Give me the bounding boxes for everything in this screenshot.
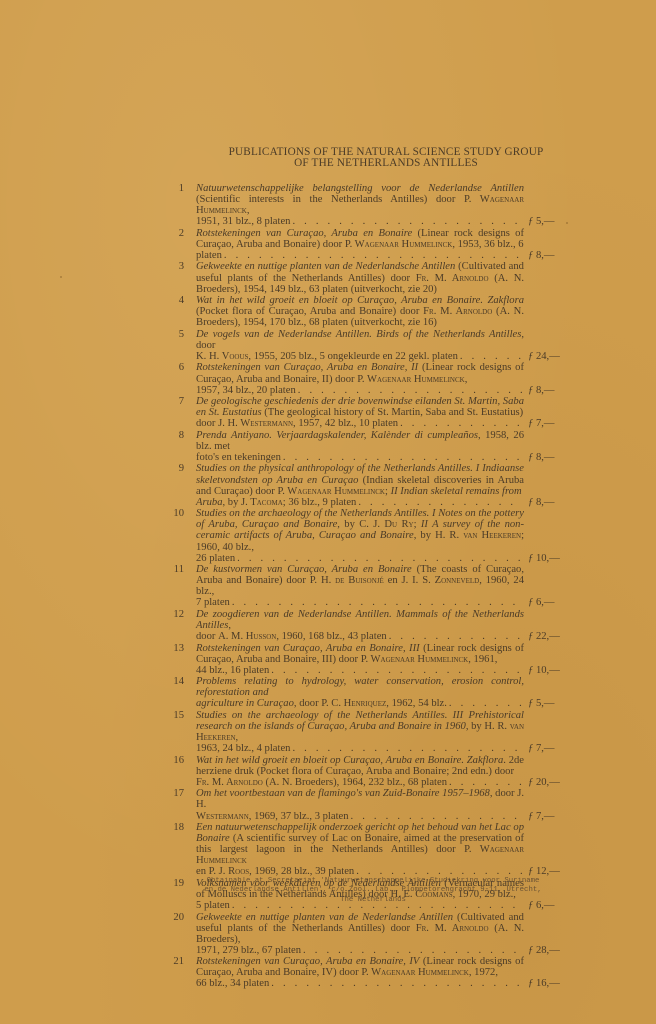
entry-title: Rotstekeningen van Curaçao, Aruba en Bon… (196, 643, 420, 654)
entry-author: C. J. Du Ry (359, 519, 413, 530)
entry-author: P. Wagenaar Hummelinck (357, 374, 465, 385)
currency-symbol: ƒ (528, 698, 536, 709)
entry-text: door (196, 418, 218, 429)
entry-title: II Indian skeletal remains from (391, 486, 522, 497)
entry-last-line: 26 platen (196, 553, 524, 564)
price-value: 20,— (536, 777, 560, 788)
entry-text: en (196, 866, 209, 877)
entry-author: P. Wagenaar Hummelinck (345, 239, 453, 250)
entry-title: De kustvormen van Curaçao, Aruba en Bona… (196, 564, 412, 575)
entry-number: 12 (170, 609, 184, 620)
entry-last-line: Aruba, by J. Tacoma; 36 blz., 9 platen (196, 497, 524, 508)
entry-last-line: 1951, 31 blz., 8 platen (196, 216, 524, 227)
dot-leader (460, 351, 522, 362)
entry-text: ; (414, 519, 421, 530)
entry-number: 15 (170, 710, 184, 721)
dot-leader (232, 597, 522, 608)
entry-title: Natuurwetenschappelijke belangstelling v… (196, 183, 524, 194)
currency-symbol: ƒ (528, 216, 536, 227)
entry-description: Een natuurwetenschappelijk onderzoek ger… (196, 822, 524, 866)
entry-text: , by (337, 519, 359, 530)
entry-title: Aruba (196, 497, 222, 508)
entry-description: Wat in het wild groeit en bloeit op Cura… (196, 295, 524, 328)
entry-number: 16 (170, 755, 184, 766)
entry-number: 21 (170, 956, 184, 967)
publication-entry: 18Een natuurwetenschappelijk onderzoek g… (170, 822, 576, 877)
entry-title: agriculture in Curaçao (196, 698, 294, 709)
entry-title: Wat in het wild groeit en bloeit op Cura… (196, 755, 503, 766)
entry-text: , by (222, 497, 241, 508)
entry-price: ƒ 8,— (528, 250, 576, 261)
entry-last-text: platen (196, 250, 222, 261)
publication-entry: 6Rotstekeningen van Curaçao, Aruba en Bo… (170, 362, 576, 395)
entry-title: Wat in het wild groeit en bloeit op Cura… (196, 295, 524, 306)
entry-description: Rotstekeningen van Curaçao, Aruba en Bon… (196, 228, 524, 250)
entry-number: 13 (170, 643, 184, 654)
heading-line-2: OF THE NETHERLANDS ANTILLES (196, 158, 576, 169)
price-value: 5,— (536, 698, 555, 709)
entry-price: ƒ 8,— (528, 452, 576, 463)
publication-entry: 7De geologische geschiedenis der drie bo… (170, 396, 576, 429)
entry-author: J. Tacoma (241, 497, 283, 508)
entry-text: , by (414, 530, 435, 541)
currency-symbol: ƒ (528, 665, 536, 676)
currency-symbol: ƒ (528, 497, 536, 508)
entry-price: ƒ 12,— (528, 866, 576, 877)
entry-last-text: 1951, 31 blz., 8 platen (196, 216, 290, 227)
entry-text: 7 platen (196, 597, 230, 608)
entry-text: , (228, 620, 231, 631)
entry-text: 1963, 24 blz., 4 platen (196, 743, 290, 754)
entry-text: (Pocket flora of Curaçao, Aruba and Bona… (196, 306, 423, 317)
publication-entry: 14Problems relating to hydrology, water … (170, 676, 576, 709)
entry-number: 1 (170, 183, 184, 194)
price-value: 10,— (536, 665, 560, 676)
entry-author: H. R. van Heekeren (435, 530, 521, 541)
entry-text: , 1972, (469, 967, 498, 978)
entry-title: Rotstekeningen van Curaçao, Aruba en Bon… (196, 956, 419, 967)
dot-leader (292, 216, 522, 227)
entry-author: A. M. Husson (218, 631, 276, 642)
entry-price: ƒ 5,— (528, 216, 576, 227)
entry-text: (Scientific interests in the Netherlands… (196, 194, 464, 205)
currency-symbol: ƒ (528, 811, 536, 822)
entry-last-text: 44 blz., 16 platen (196, 665, 269, 676)
price-value: 8,— (536, 497, 555, 508)
entry-last-text: en P. J. Roos, 1969, 28 blz., 39 platen (196, 866, 354, 877)
entry-text: , 1969, 37 blz., 3 platen (249, 811, 349, 822)
dot-leader (271, 665, 522, 676)
entry-last-line: platen (196, 250, 524, 261)
entry-author: P. Wagenaar Hummelinck (361, 967, 469, 978)
publication-entry: 13Rotstekeningen van Curaçao, Aruba en B… (170, 643, 576, 676)
dot-leader (271, 978, 522, 989)
price-value: 16,— (536, 978, 560, 989)
price-value: 12,— (536, 866, 560, 877)
entry-text: , 1953, 36 blz., 6 (452, 239, 523, 250)
dot-leader (303, 945, 522, 956)
entry-last-text: Fr. M. Arnoldo (A. N. Broeders), 1964, 2… (196, 777, 447, 788)
currency-symbol: ƒ (528, 250, 536, 261)
currency-symbol: ƒ (528, 553, 536, 564)
entry-description: De zoogdieren van de Nederlandse Antille… (196, 609, 524, 631)
footer-line-3: The Netherlands (168, 896, 578, 905)
publication-entry: 11De kustvormen van Curaçao, Aruba en Bo… (170, 564, 576, 608)
dot-leader (283, 452, 522, 463)
currency-symbol: ƒ (528, 631, 536, 642)
entry-description: Wat in het wild groeit en bloeit op Cura… (196, 755, 524, 777)
currency-symbol: ƒ (528, 597, 536, 608)
entry-text: , 1969, 28 blz., 39 platen (249, 866, 354, 877)
entry-author: Westermann (196, 811, 249, 822)
entry-author: P. H. de Buisonjé (310, 575, 384, 586)
price-value: 7,— (536, 811, 555, 822)
entry-author: P. Wagenaar Hummelinck (361, 654, 469, 665)
entry-text: , 1957, 42 blz., 10 platen (293, 418, 398, 429)
entry-text: 1951, 31 blz., 8 platen (196, 216, 290, 227)
entry-price: ƒ 16,— (528, 978, 576, 989)
entry-last-text: 7 platen (196, 597, 230, 608)
price-value: 8,— (536, 250, 555, 261)
entry-last-text: 1971, 279 blz., 67 platen (196, 945, 301, 956)
paper-speck (60, 276, 62, 278)
entry-author: Fr. M. Arnoldo (196, 777, 263, 788)
entry-price: ƒ 22,— (528, 631, 576, 642)
entry-number: 10 (170, 508, 184, 519)
entry-text: , 1962, 54 blz. (386, 698, 447, 709)
entry-title: Prenda Antiyano. Verjaardagskalender, Ka… (196, 430, 478, 441)
entry-description: Rotstekeningen van Curaçao, Aruba en Bon… (196, 643, 524, 665)
entry-text: (The geological history of St. Martin, S… (262, 407, 524, 418)
currency-symbol: ƒ (528, 945, 536, 956)
entry-price: ƒ 28,— (528, 945, 576, 956)
entry-text: , 1960, 168 blz., 43 platen (276, 631, 386, 642)
entry-author: Fr. M. Arnoldo (416, 273, 489, 284)
entry-price: ƒ 10,— (528, 553, 576, 564)
entry-number: 17 (170, 788, 184, 799)
entry-price: ƒ 7,— (528, 811, 576, 822)
entry-price: ƒ 8,— (528, 497, 576, 508)
currency-symbol: ƒ (528, 743, 536, 754)
entry-text: , 1955, 205 blz., 5 ongekleurde en 22 ge… (248, 351, 457, 362)
currency-symbol: ƒ (528, 351, 536, 362)
entry-price: ƒ 20,— (528, 777, 576, 788)
publication-entry: 2Rotstekeningen van Curaçao, Aruba en Bo… (170, 228, 576, 261)
entry-author: J. I. S. Zonneveld (402, 575, 480, 586)
price-value: 5,— (536, 216, 555, 227)
entry-number: 2 (170, 228, 184, 239)
dot-leader (292, 743, 522, 754)
entry-text: en (384, 575, 402, 586)
entry-last-line: 7 platen (196, 597, 524, 608)
entry-description: Problems relating to hydrology, water co… (196, 676, 524, 698)
entry-text: , 1961, (468, 654, 497, 665)
entry-title: De zoogdieren van de Nederlandse Antille… (196, 609, 524, 631)
dot-leader (356, 866, 522, 877)
entry-last-line: 66 blz., 34 platen (196, 978, 524, 989)
entry-number: 11 (170, 564, 184, 575)
entry-price: ƒ 6,— (528, 597, 576, 608)
entry-last-line: 1963, 24 blz., 4 platen (196, 743, 524, 754)
publication-entry: 3Gekweekte en nuttige planten van de Ned… (170, 261, 576, 294)
entry-number: 18 (170, 822, 184, 833)
entry-last-line: en P. J. Roos, 1969, 28 blz., 39 platen (196, 866, 524, 877)
entry-price: ƒ 8,— (528, 385, 576, 396)
entry-title: Rotstekeningen van Curaçao, Aruba en Bon… (196, 228, 412, 239)
entry-description: De kustvormen van Curaçao, Aruba en Bona… (196, 564, 524, 597)
entry-last-text: door A. M. Husson, 1960, 168 blz., 43 pl… (196, 631, 387, 642)
entry-price: ƒ 24,— (528, 351, 576, 362)
entry-title: Gekweekte en nuttige planten van de Nede… (196, 912, 453, 923)
dot-leader (389, 631, 522, 642)
entry-last-line: foto's en tekeningen (196, 452, 524, 463)
entry-last-text: agriculture in Curaçao, door P. C. Henri… (196, 698, 447, 709)
entry-author: J. H. Westermann (218, 418, 293, 429)
entry-description: Om het voortbestaan van de flamingo's va… (196, 788, 524, 810)
entry-text: ; 36 blz., 9 platen (283, 497, 357, 508)
dot-leader (298, 385, 522, 396)
dot-leader (358, 497, 522, 508)
entry-author: Fr. M. Arnoldo (416, 923, 489, 934)
currency-symbol: ƒ (528, 452, 536, 463)
entry-number: 3 (170, 261, 184, 272)
entry-last-text: 26 platen (196, 553, 235, 564)
entry-description: Studies on the physical anthropology of … (196, 463, 524, 496)
entry-price: ƒ 10,— (528, 665, 576, 676)
entry-number: 8 (170, 430, 184, 441)
publication-entry: 10Studies on the archaeology of the Neth… (170, 508, 576, 563)
entry-text: 26 platen (196, 553, 235, 564)
dot-leader (224, 250, 522, 261)
entry-text: foto's en tekeningen (196, 452, 281, 463)
entry-text: , (465, 374, 468, 385)
entry-author: P. Wagenaar Hummelinck (277, 486, 385, 497)
entry-description: Studies on the archaeology of the Nether… (196, 710, 524, 743)
paper-speck (566, 222, 568, 224)
entry-number: 14 (170, 676, 184, 687)
publication-entry: 15Studies on the archaeology of the Neth… (170, 710, 576, 754)
entry-last-text: door J. H. Westermann, 1957, 42 blz., 10… (196, 418, 398, 429)
currency-symbol: ƒ (528, 418, 536, 429)
entry-description: Gekweekte en nuttige planten van de Nede… (196, 912, 524, 945)
publication-list-page: PUBLICATIONS OF THE NATURAL SCIENCE STUD… (170, 147, 576, 990)
entry-price: ƒ 5,— (528, 698, 576, 709)
entry-text: (A. N. Broeders), 1964, 232 blz., 68 pla… (263, 777, 447, 788)
entry-text: , (247, 205, 250, 216)
entry-description: Natuurwetenschappelijke belangstelling v… (196, 183, 524, 216)
entry-text: 66 blz., 34 platen (196, 978, 269, 989)
entry-number: 20 (170, 912, 184, 923)
entry-text: door (196, 631, 218, 642)
page-heading: PUBLICATIONS OF THE NATURAL SCIENCE STUD… (196, 147, 576, 169)
currency-symbol: ƒ (528, 978, 536, 989)
entry-last-text: 1957, 34 blz., 20 platen (196, 385, 296, 396)
entry-description: Rotstekeningen van Curaçao, Aruba en Bon… (196, 956, 524, 978)
entry-author: K. H. Voous (196, 351, 248, 362)
entry-description: Rotstekeningen van Curaçao, Aruba en Bon… (196, 362, 524, 384)
footer-note: Obtainable at Secretariat 'Natuurwetensc… (168, 877, 578, 905)
entry-number: 5 (170, 329, 184, 340)
entry-last-text: 66 blz., 34 platen (196, 978, 269, 989)
footer-line-1: Obtainable at Secretariat 'Natuurwetensc… (168, 877, 578, 886)
currency-symbol: ƒ (528, 385, 536, 396)
entry-author: Fr. M. Arnoldo (423, 306, 492, 317)
entry-last-line: Fr. M. Arnoldo (A. N. Broeders), 1964, 2… (196, 777, 524, 788)
entry-author: P. C. Henriquez (321, 698, 386, 709)
dot-leader (449, 777, 522, 788)
publication-entry: 12De zoogdieren van de Nederlandse Antil… (170, 609, 576, 642)
price-value: 7,— (536, 418, 555, 429)
publication-entry: 21Rotstekeningen van Curaçao, Aruba en B… (170, 956, 576, 989)
entry-text: 44 blz., 16 platen (196, 665, 269, 676)
entry-text: 1971, 279 blz., 67 platen (196, 945, 301, 956)
entry-text: 1957, 34 blz., 20 platen (196, 385, 296, 396)
entry-number: 9 (170, 463, 184, 474)
publication-entry: 4Wat in het wild groeit en bloeit op Cur… (170, 295, 576, 328)
entry-last-line: agriculture in Curaçao, door P. C. Henri… (196, 698, 524, 709)
dot-leader (400, 418, 522, 429)
entry-last-line: door A. M. Husson, 1960, 168 blz., 43 pl… (196, 631, 524, 642)
entry-price: ƒ 7,— (528, 743, 576, 754)
currency-symbol: ƒ (528, 777, 536, 788)
entry-number: 4 (170, 295, 184, 306)
entry-last-text: Westermann, 1969, 37 blz., 3 platen (196, 811, 349, 822)
entry-title: Om het voortbestaan van de flamingo's va… (196, 788, 490, 799)
entry-last-line: K. H. Voous, 1955, 205 blz., 5 ongekleur… (196, 351, 524, 362)
publication-list: 1Natuurwetenschappelijke belangstelling … (170, 183, 576, 990)
entry-title: De vogels van de Nederlandse Antillen. B… (196, 329, 521, 340)
price-value: 8,— (536, 452, 555, 463)
price-value: 8,— (536, 385, 555, 396)
publication-entry: 17Om het voortbestaan van de flamingo's … (170, 788, 576, 821)
entry-text: platen (196, 250, 222, 261)
price-value: 22,— (536, 631, 560, 642)
publication-entry: 1Natuurwetenschappelijke belangstelling … (170, 183, 576, 227)
publication-entry: 16Wat in het wild groeit en bloeit op Cu… (170, 755, 576, 788)
entry-last-text: Aruba, by J. Tacoma; 36 blz., 9 platen (196, 497, 356, 508)
entry-last-text: foto's en tekeningen (196, 452, 281, 463)
entry-title: Problems relating to hydrology, water co… (196, 676, 524, 698)
entry-title: Gekweekte en nuttige planten van de Nede… (196, 261, 455, 272)
entry-last-line: door J. H. Westermann, 1957, 42 blz., 10… (196, 418, 524, 429)
publication-entry: 5De vogels van de Nederlandse Antillen. … (170, 329, 576, 362)
publication-entry: 9Studies on the physical anthropology of… (170, 463, 576, 507)
dot-leader (449, 698, 522, 709)
entry-text: , (236, 732, 239, 743)
entry-text: , by (466, 721, 485, 732)
entry-description: Prenda Antiyano. Verjaardagskalender, Ka… (196, 430, 524, 452)
price-value: 6,— (536, 597, 555, 608)
price-value: 28,— (536, 945, 560, 956)
entry-description: De geologische geschiedenis der drie bov… (196, 396, 524, 418)
entry-number: 6 (170, 362, 184, 373)
entry-text: , door (294, 698, 321, 709)
currency-symbol: ƒ (528, 866, 536, 877)
entry-title: Rotstekeningen van Curaçao, Aruba en Bon… (196, 362, 418, 373)
price-value: 7,— (536, 743, 555, 754)
entry-author: P. J. Roos (209, 866, 250, 877)
dot-leader (351, 811, 522, 822)
footer-line-2: en de Nederlandse Antillen', c/o Zool. L… (168, 886, 578, 895)
entry-number: 7 (170, 396, 184, 407)
entry-last-line: 44 blz., 16 platen (196, 665, 524, 676)
price-value: 10,— (536, 553, 560, 564)
entry-last-text: K. H. Voous, 1955, 205 blz., 5 ongekleur… (196, 351, 458, 362)
publication-entry: 20Gekweekte en nuttige planten van de Ne… (170, 912, 576, 956)
entry-description: Studies on the archaeology of the Nether… (196, 508, 524, 552)
entry-price: ƒ 7,— (528, 418, 576, 429)
entry-last-text: 1963, 24 blz., 4 platen (196, 743, 290, 754)
dot-leader (237, 553, 522, 564)
entry-description: Gekweekte en nuttige planten van de Nede… (196, 261, 524, 294)
entry-last-line: 1971, 279 blz., 67 platen (196, 945, 524, 956)
publication-entry: 8Prenda Antiyano. Verjaardagskalender, K… (170, 430, 576, 463)
entry-description: De vogels van de Nederlandse Antillen. B… (196, 329, 524, 351)
price-value: 24,— (536, 351, 560, 362)
entry-last-line: 1957, 34 blz., 20 platen (196, 385, 524, 396)
entry-last-line: Westermann, 1969, 37 blz., 3 platen (196, 811, 524, 822)
